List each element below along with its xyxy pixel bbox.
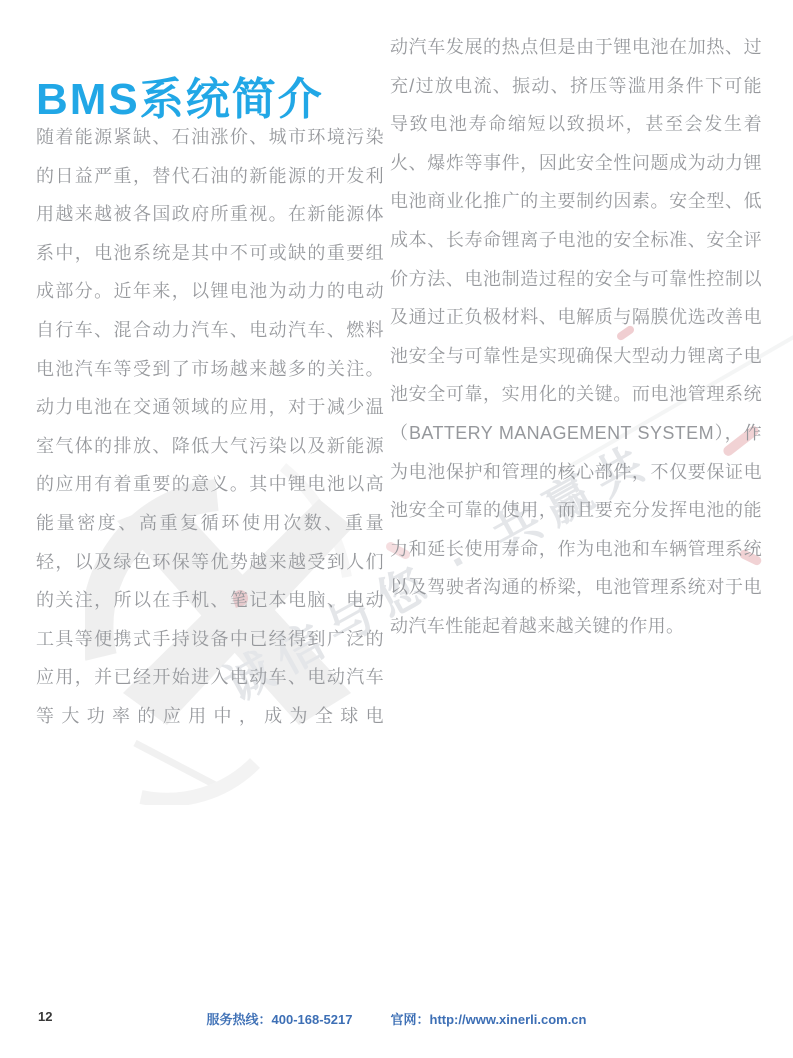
body-left-paragraph: 随着能源紧缺、石油涨价、城市环境污染的日益严重，替代石油的新能源的开发利用越来越… [36,118,384,736]
footer: 服务热线：400-168-5217 官网：http://www.xinerli.… [0,1009,793,1028]
service-hotline-number: 400-168-5217 [272,1012,353,1027]
official-website: 官网：http://www.xinerli.com.cn [390,1009,586,1028]
document-page: 诚信与您 · 共赢共 BMS系统简介 随着能源紧缺、石油涨价、城市环境污染的日益… [0,0,793,1058]
body-right-paragraph: 动汽车发展的热点但是由于锂电池在加热、过充/过放电流、振动、挤压等滥用条件下可能… [390,28,762,646]
body-left-column: 随着能源紧缺、石油涨价、城市环境污染的日益严重，替代石油的新能源的开发利用越来越… [36,118,384,736]
service-hotline-label: 服务热线： [207,1012,272,1027]
body-right-column: 动汽车发展的热点但是由于锂电池在加热、过充/过放电流、振动、挤压等滥用条件下可能… [390,28,762,646]
website-label: 官网： [390,1012,429,1027]
service-hotline: 服务热线：400-168-5217 [207,1009,353,1028]
website-url-link[interactable]: http://www.xinerli.com.cn [430,1012,587,1027]
